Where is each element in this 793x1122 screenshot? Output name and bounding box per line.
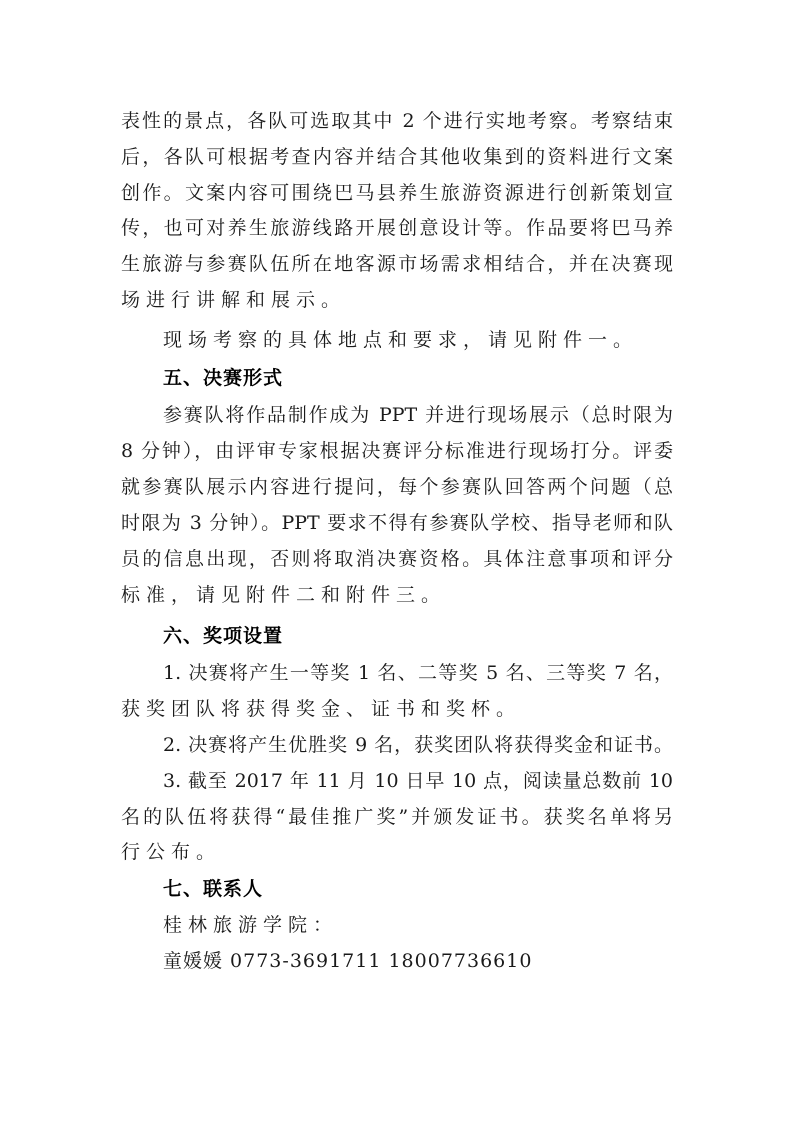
text-line: 3. 截至 2017 年 11 月 10 日早 10 点，阅读量总数前 10 [163,767,673,795]
text-line: 标准，请见附件二和附件三。 [121,581,446,609]
text-line: 2. 决赛将产生优胜奖 9 名，获奖团队将获得奖金和证书。 [163,731,673,759]
text-line: 传，也可对养生旅游线路开展创意设计等。作品要将巴马养 [121,214,673,242]
text-line: 员的信息出现，否则将取消决赛资格。具体注意事项和评分 [121,545,673,573]
text-line: 参赛队将作品制作成为 PPT 并进行现场展示（总时限为 [163,401,673,429]
text-line: 8 分钟），由评审专家根据决赛评分标准进行现场打分。评委 [121,437,673,465]
section-heading: 六、奖项设置 [163,622,673,650]
section-heading: 七、联系人 [163,875,673,903]
text-line: 场进行讲解和展示。 [121,286,346,314]
text-line: 表性的景点，各队可选取其中 2 个进行实地考察。考察结束 [121,107,673,135]
section-heading: 五、决赛形式 [163,364,673,392]
text-line: 童媛媛 0773-3691711 18007736610 [163,947,673,975]
text-line: 生旅游与参赛队伍所在地客源市场需求相结合，并在决赛现 [121,250,673,278]
text-line: 创作。文案内容可围绕巴马县养生旅游资源进行创新策划宣 [121,179,673,207]
text-line: 名的队伍将获得“最佳推广奖”并颁发证书。获奖名单将另 [121,803,673,831]
text-line: 行公布。 [121,838,221,866]
text-line: 1. 决赛将产生一等奖 1 名、二等奖 5 名、三等奖 7 名， [163,659,673,687]
text-line: 桂林旅游学院： [163,911,338,939]
text-line: 时限为 3 分钟）。PPT 要求不得有参赛队学校、指导老师和队 [121,509,673,537]
text-line: 现场考察的具体地点和要求，请见附件一。 [163,326,638,354]
document-page: 表性的景点，各队可选取其中 2 个进行实地考察。考察结束后，各队可根据考查内容并… [0,0,793,1122]
text-line: 获奖团队将获得奖金、证书和奖杯。 [121,695,521,723]
text-line: 后，各队可根据考查内容并结合其他收集到的资料进行文案 [121,143,673,171]
text-line: 就参赛队展示内容进行提问，每个参赛队回答两个问题（总 [121,473,673,501]
